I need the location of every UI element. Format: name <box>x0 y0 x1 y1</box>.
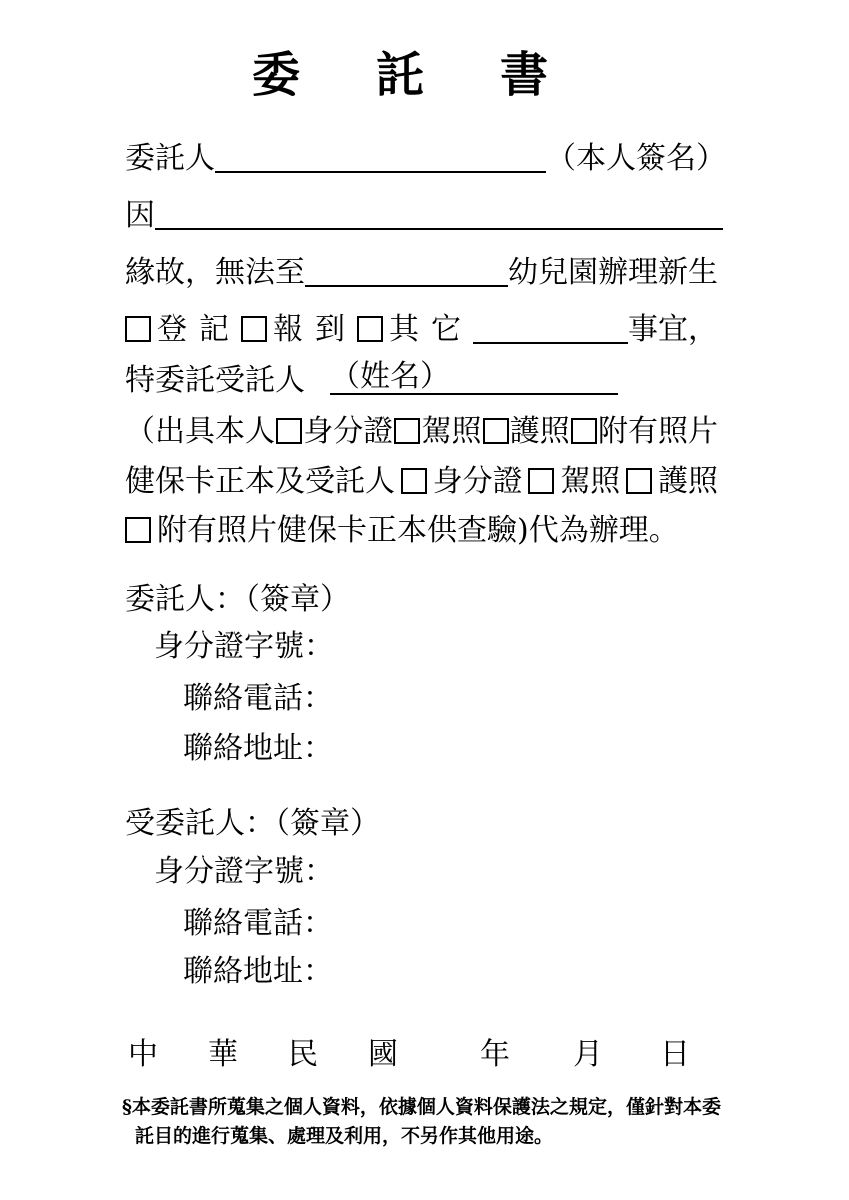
roc-era-label: 中華民國 <box>128 1038 448 1073</box>
matters-row: 登記 報到 其它 事宜， <box>125 309 718 346</box>
checkbox-trustee-healthcard-icon <box>125 517 151 543</box>
month-label: 月 <box>573 1038 603 1073</box>
trustee-passport-option: 護照 <box>658 465 718 498</box>
checkbox-trustee-license-icon <box>528 468 554 494</box>
principal-id-option: 身分證 <box>303 415 393 448</box>
agent-signature-heading: 受委託人：（簽章） <box>125 807 380 842</box>
checkbox-principal-passport-icon <box>483 418 509 444</box>
authorizer-row: 委託人 （本人簽名） <box>125 138 726 175</box>
matters-row-post: 事宜， <box>628 313 718 346</box>
checkbox-checkin-icon <box>241 316 267 342</box>
checkbox-trustee-passport-icon <box>626 468 652 494</box>
agent-id-label: 身分證字號： <box>154 855 334 890</box>
principal-license-option: 駕照 <box>422 415 482 448</box>
authorizer-name-blank <box>215 161 546 173</box>
principal-address-label: 聯絡地址： <box>183 732 333 767</box>
authorizer-label: 委託人 <box>125 142 215 175</box>
reason-label: 因 <box>125 199 155 232</box>
checkbox-trustee-id-icon <box>401 468 427 494</box>
documents-note-line1: （出具本人 身分證 駕照 護照 附有照片 <box>125 411 718 448</box>
documents-note-line2: 健保卡正本及受託人 身分證 駕照 護照 <box>125 461 718 498</box>
kindergarten-row-pre: 緣故，無法至 <box>125 256 305 289</box>
option-checkin-label: 報到 <box>273 313 357 346</box>
trustee-row: 特委託受託人 （姓名） <box>125 360 618 397</box>
trustee-name-blank: （姓名） <box>330 360 618 395</box>
kindergarten-row: 緣故，無法至 幼兒園辦理新生 <box>125 252 718 289</box>
trustee-id-option: 身分證 <box>433 465 523 498</box>
checkbox-principal-healthcard-icon <box>571 418 597 444</box>
documents-note-end: 附有照片健保卡正本供查驗)代為辦理。 <box>157 514 679 547</box>
year-label: 年 <box>480 1038 510 1073</box>
option-other-label: 其它 <box>389 313 473 346</box>
reason-blank <box>155 218 723 230</box>
reason-row: 因 <box>125 195 723 232</box>
day-label: 日 <box>660 1038 690 1073</box>
principal-passport-option: 護照 <box>510 415 570 448</box>
documents-note-mid: 健保卡正本及受託人 <box>125 465 395 498</box>
privacy-footnote-line1: §本委託書所蒐集之個人資料，依據個人資料保護法之規定，僅針對本委 <box>122 1093 742 1122</box>
checkbox-other-icon <box>357 316 383 342</box>
documents-note-line3: 附有照片健保卡正本供查驗)代為辦理。 <box>125 510 679 547</box>
doc-title: 委託書 <box>252 50 624 100</box>
agent-address-label: 聯絡地址： <box>183 955 333 990</box>
option-registration-label: 登記 <box>157 313 241 346</box>
self-signature-note: （本人簽名） <box>546 142 726 175</box>
checkbox-principal-license-icon <box>394 418 420 444</box>
principal-id-label: 身分證字號： <box>154 630 334 665</box>
privacy-footnote: §本委託書所蒐集之個人資料，依據個人資料保護法之規定，僅針對本委 託目的進行蒐集… <box>122 1093 742 1152</box>
other-matter-blank <box>473 332 628 344</box>
principal-signature-heading: 委託人：（簽章） <box>125 583 350 618</box>
trustee-label: 特委託受託人 <box>125 364 305 397</box>
privacy-footnote-line2: 託目的進行蒐集、處理及利用，不另作其他用途。 <box>122 1122 742 1151</box>
kindergarten-name-blank <box>305 275 508 287</box>
documents-note-pre: （出具本人 <box>125 415 275 448</box>
authorization-form-page: 委託書 委託人 （本人簽名） 因 緣故，無法至 幼兒園辦理新生 登記 報到 其它… <box>0 0 849 1200</box>
trustee-license-option: 駕照 <box>560 465 620 498</box>
agent-phone-label: 聯絡電話： <box>183 907 333 942</box>
checkbox-registration-icon <box>125 316 151 342</box>
principal-phone-label: 聯絡電話： <box>183 682 333 717</box>
principal-healthcard-option: 附有照片 <box>598 415 718 448</box>
kindergarten-row-post: 幼兒園辦理新生 <box>508 256 718 289</box>
checkbox-principal-id-icon <box>276 418 302 444</box>
trustee-name-hint: （姓名） <box>330 359 450 394</box>
